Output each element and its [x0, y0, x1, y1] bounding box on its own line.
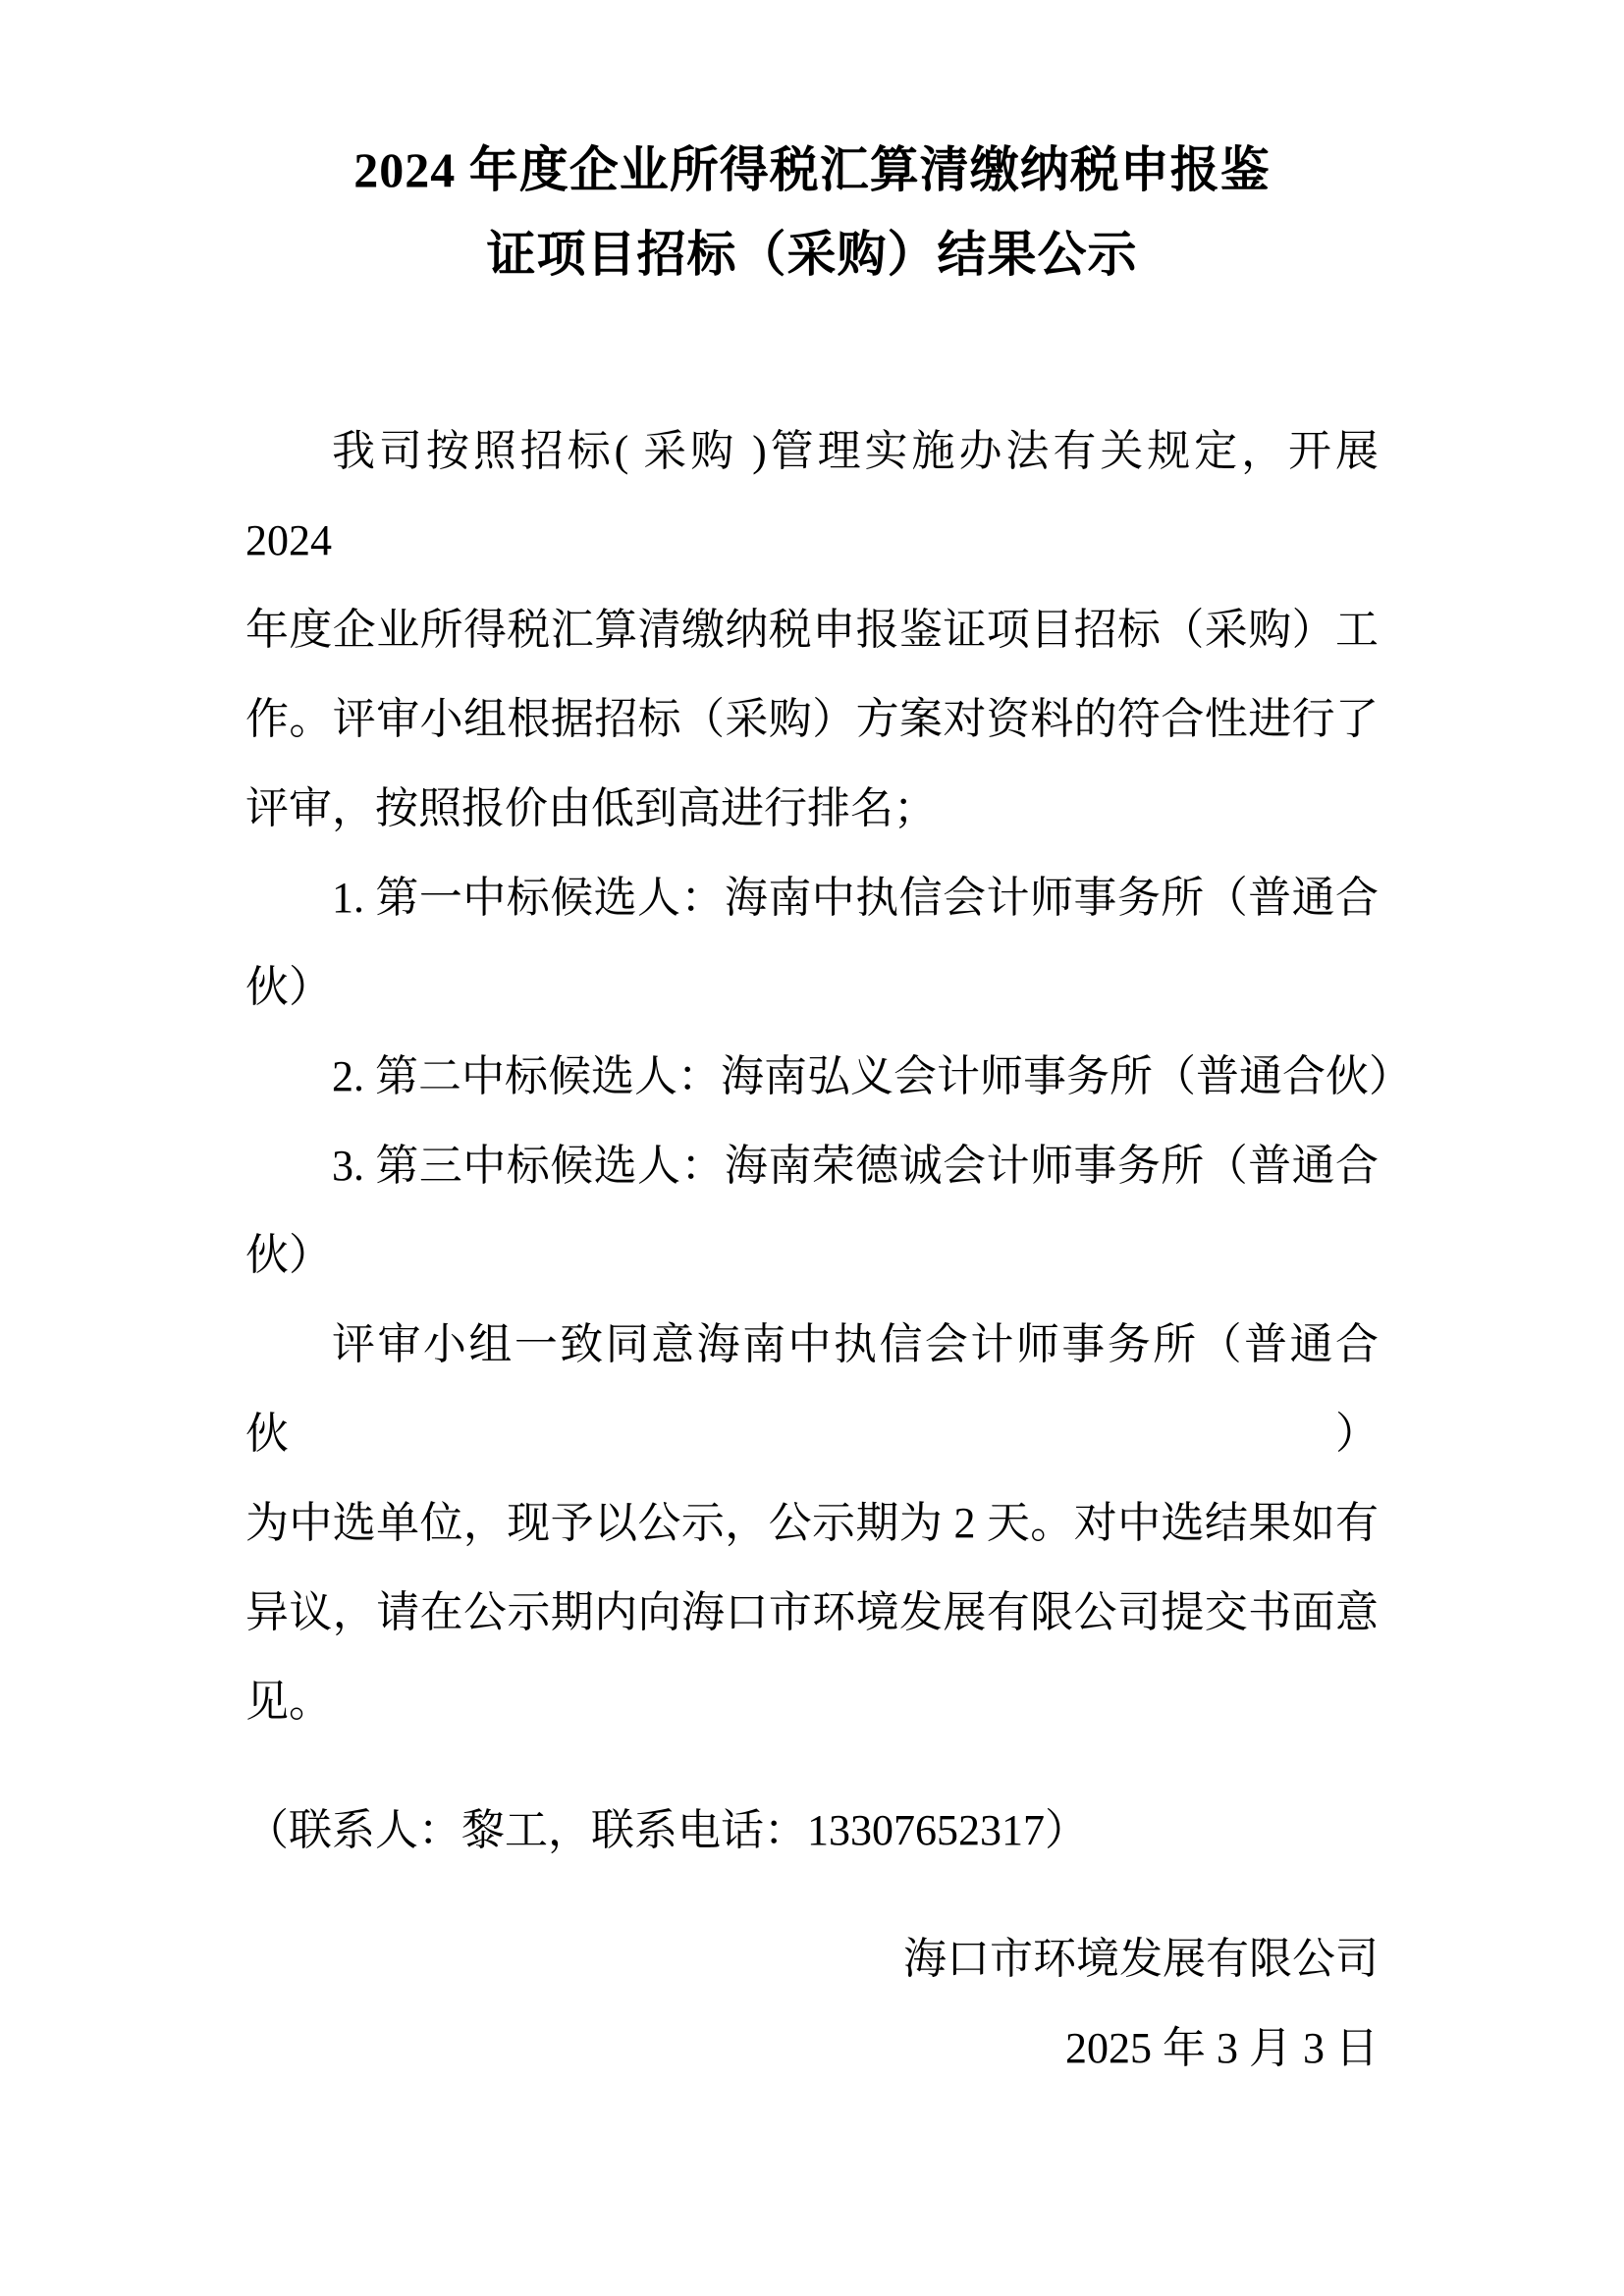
body-text-line: 我司按照招标( 采购 )管理实施办法有关规定，开展 2024 [245, 406, 1379, 585]
body-text-line: 见。 [245, 1657, 1379, 1746]
document-page: 2024 年度企业所得税汇算清缴纳税申报鉴 证项目招标（采购）结果公示 我司按照… [0, 0, 1624, 2296]
document-title: 2024 年度企业所得税汇算清缴纳税申报鉴 证项目招标（采购）结果公示 [245, 128, 1379, 296]
body-text-line: 评审，按照报价由低到高进行排名； [245, 764, 1379, 853]
body-text-line: 伙） [245, 942, 1379, 1032]
body-text-line: 2. 第二中标候选人：海南弘义会计师事务所（普通合伙） [245, 1032, 1379, 1121]
body-text-line: 年度企业所得税汇算清缴纳税申报鉴证项目招标（采购）工 [245, 585, 1379, 674]
body-text-line: 作。评审小组根据招标（采购）方案对资料的符合性进行了 [245, 674, 1379, 764]
signature-block: 海口市环境发展有限公司 2025 年 3 月 3 日 [245, 1914, 1379, 2093]
body-text-line: 1. 第一中标候选人：海南中执信会计师事务所（普通合 [245, 853, 1379, 942]
signature-date: 2025 年 3 月 3 日 [245, 2003, 1379, 2093]
body-text-line: 为中选单位，现予以公示，公示期为 2 天。对中选结果如有 [245, 1478, 1379, 1568]
title-line-2: 证项目招标（采购）结果公示 [245, 212, 1379, 296]
body-text-line: 异议，请在公示期内向海口市环境发展有限公司提交书面意 [245, 1568, 1379, 1657]
body-text-line: 伙） [245, 1210, 1379, 1300]
contact-line: （联系人：黎工，联系电话：13307652317） [245, 1786, 1379, 1875]
document-body: 我司按照招标( 采购 )管理实施办法有关规定，开展 2024 年度企业所得税汇算… [245, 406, 1379, 1746]
body-text-line: 评审小组一致同意海南中执信会计师事务所（普通合伙） [245, 1300, 1379, 1478]
signature-company: 海口市环境发展有限公司 [245, 1914, 1379, 2003]
body-text-line: 3. 第三中标候选人：海南荣德诚会计师事务所（普通合 [245, 1121, 1379, 1210]
title-line-1: 2024 年度企业所得税汇算清缴纳税申报鉴 [245, 128, 1379, 212]
